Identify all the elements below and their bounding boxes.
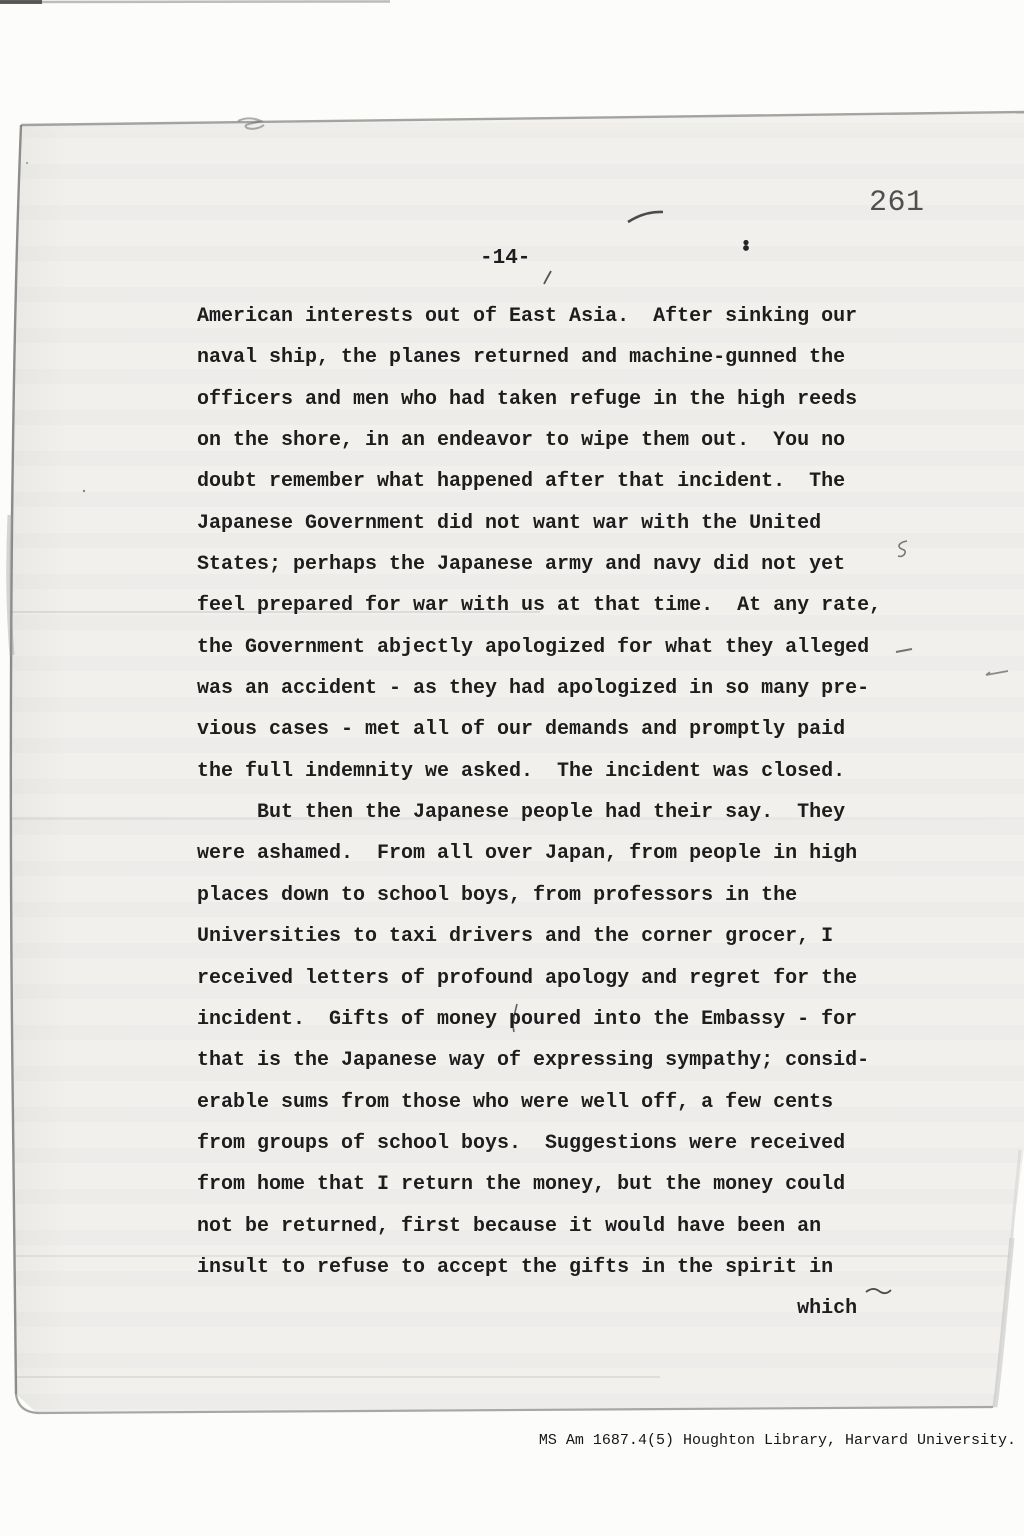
page-number-label: -14-: [480, 247, 530, 270]
footer-citation: MS Am 1687.4(5) Houghton Library, Harvar…: [539, 1432, 1016, 1449]
scan-streak: [0, 1376, 660, 1378]
scanner-edge-artifact: [0, 2, 390, 3]
scan-background: 261 -14- American interests out of East …: [0, 0, 1024, 1536]
typed-body-text: American interests out of East Asia. Aft…: [197, 296, 881, 1330]
archive-page-stamp: 261: [869, 186, 925, 220]
